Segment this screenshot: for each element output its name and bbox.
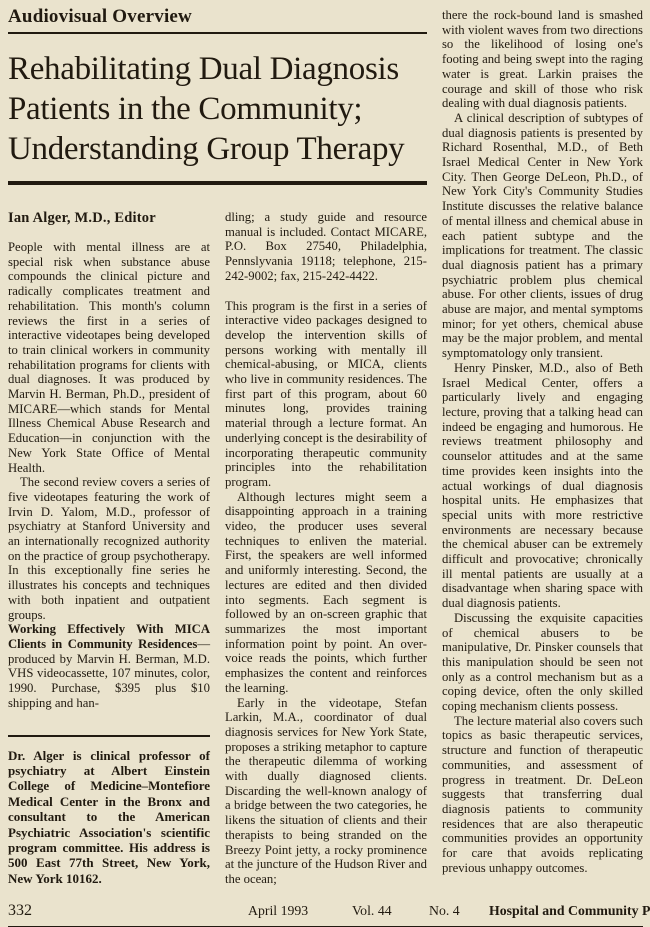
title-line: Rehabilitating Dual Diagnosis bbox=[8, 49, 427, 89]
paragraph: This program is the first in a series of… bbox=[225, 299, 427, 490]
page-number: 332 bbox=[8, 902, 248, 920]
title-line: Understanding Group Therapy bbox=[8, 129, 427, 169]
paragraph: Henry Pinsker, M.D., also of Beth Israel… bbox=[442, 361, 643, 611]
citation-title: Working Effectively With MICA Clients in… bbox=[8, 622, 210, 651]
article-title: Rehabilitating Dual Diagnosis Patients i… bbox=[8, 49, 427, 185]
byline: Ian Alger, M.D., Editor bbox=[8, 210, 210, 227]
issue-date: April 1993 bbox=[248, 903, 352, 919]
editor-footnote: Dr. Alger is clinical professor of psych… bbox=[8, 735, 210, 887]
paragraph: Discussing the exquisite capacities of c… bbox=[442, 611, 643, 714]
column-middle: dling; a study guide and resource manual… bbox=[225, 210, 427, 887]
paragraph: Although lectures might seem a disappoin… bbox=[225, 490, 427, 696]
paragraph: Early in the videotape, Stefan Larkin, M… bbox=[225, 696, 427, 887]
column-left: Ian Alger, M.D., Editor People with ment… bbox=[8, 210, 210, 887]
paragraph: The second review covers a series of fiv… bbox=[8, 475, 210, 622]
journal-page: Audiovisual Overview Rehabilitating Dual… bbox=[0, 0, 650, 927]
paragraph: The lecture material also covers such to… bbox=[442, 714, 643, 876]
paragraph: dling; a study guide and resource manual… bbox=[225, 210, 427, 284]
issue-number-label: No. 4 bbox=[429, 903, 489, 919]
journal-name: Hospital and Community Psychiatry bbox=[489, 903, 650, 919]
title-line: Patients in the Community; bbox=[8, 89, 427, 129]
paragraph: People with mental illness are at specia… bbox=[8, 240, 210, 475]
paragraph: A clinical description of subtypes of du… bbox=[442, 111, 643, 361]
section-kicker: Audiovisual Overview bbox=[8, 6, 427, 34]
volume-label: Vol. 44 bbox=[352, 903, 429, 919]
videotape-citation: Working Effectively With MICA Clients in… bbox=[8, 622, 210, 710]
page-footer: 332 April 1993 Vol. 44 No. 4 Hospital an… bbox=[8, 902, 643, 927]
paragraph: there the rock-bound land is smashed wit… bbox=[442, 8, 643, 111]
page-body: Audiovisual Overview Rehabilitating Dual… bbox=[8, 6, 643, 887]
left-zone: Audiovisual Overview Rehabilitating Dual… bbox=[8, 6, 427, 887]
text-columns: Ian Alger, M.D., Editor People with ment… bbox=[8, 210, 427, 887]
column-right: there the rock-bound land is smashed wit… bbox=[442, 6, 643, 887]
